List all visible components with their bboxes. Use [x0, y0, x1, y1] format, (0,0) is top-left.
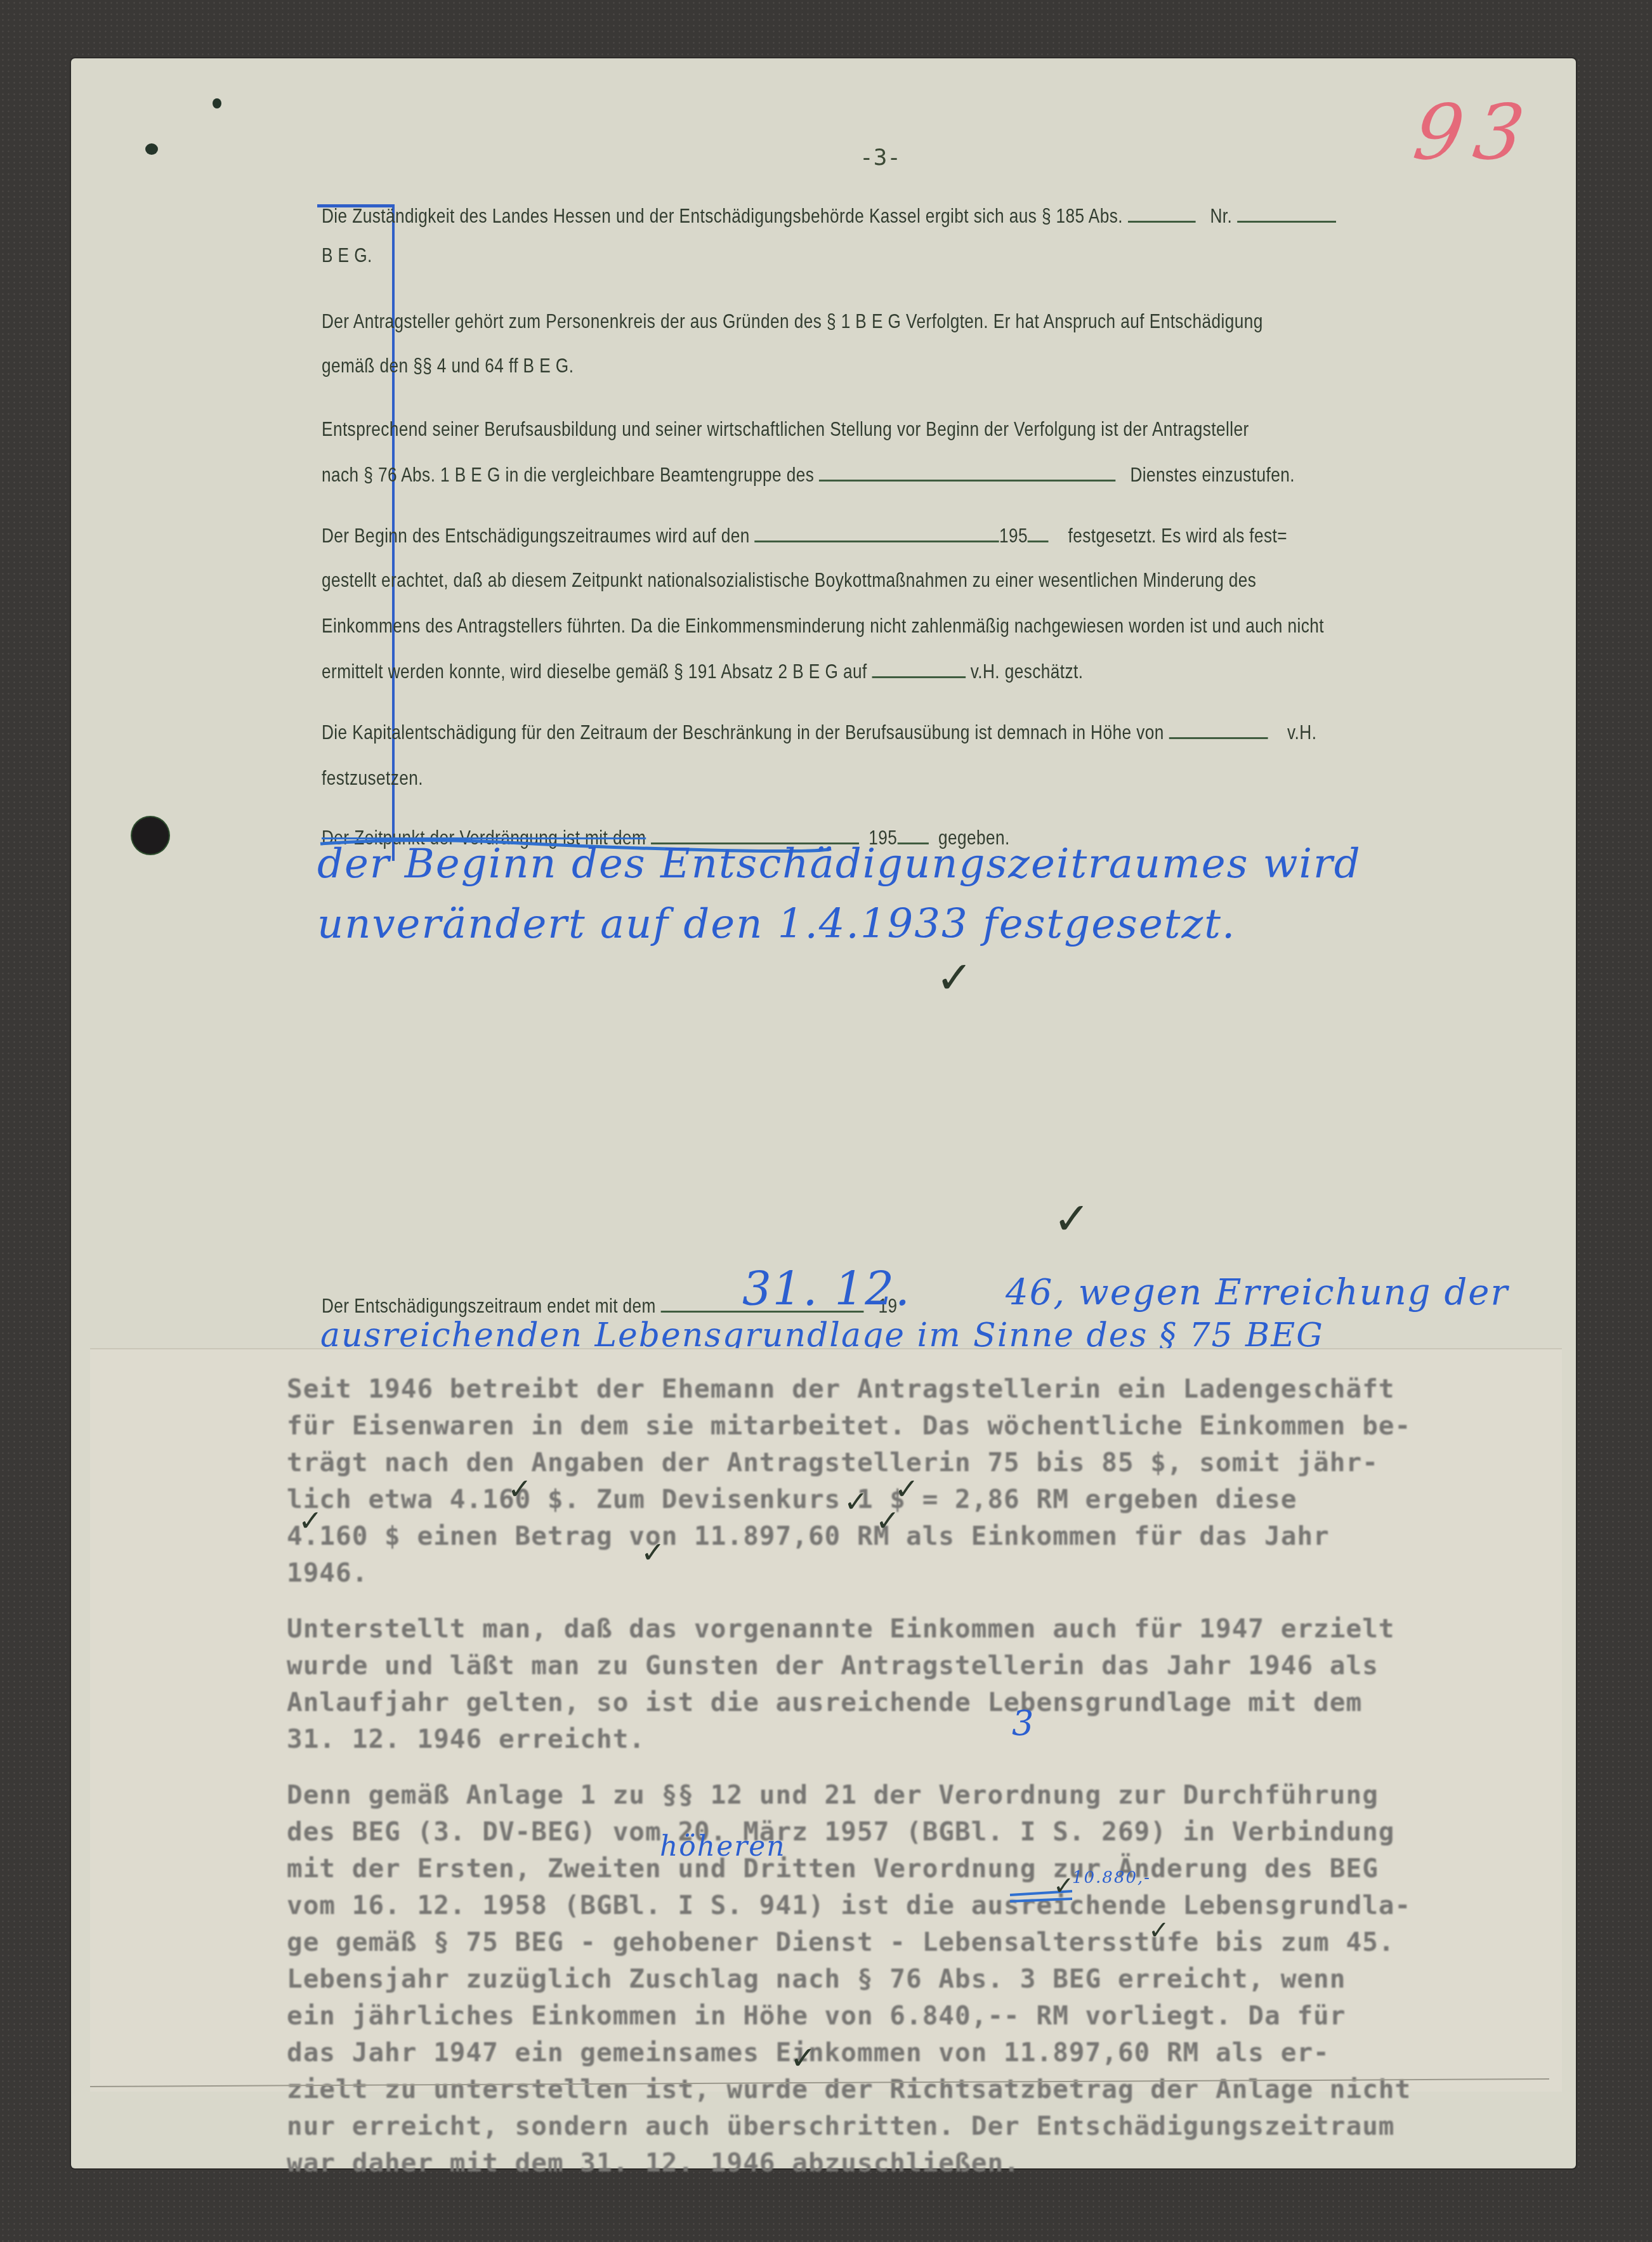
- check-mark-icon: ✓: [895, 1472, 919, 1506]
- check-mark-icon: ✓: [298, 1504, 323, 1538]
- form-line: ermittelt werden konnte, wird dieselbe g…: [322, 660, 1083, 683]
- slip-paragraph: Denn gemäß Anlage 1 zu §§ 12 und 21 der …: [287, 1776, 1530, 2181]
- blank-field: [1237, 214, 1336, 223]
- form-line: Die Kapitalentschädigung für den Zeitrau…: [322, 721, 1316, 744]
- check-mark-icon: ✓: [1148, 1916, 1170, 1945]
- form-line: Der Antragsteller gehört zum Personenkre…: [322, 310, 1263, 333]
- check-mark-icon: ✓: [875, 1504, 900, 1538]
- form-line: B E G.: [322, 244, 372, 267]
- form-line: Die Zuständigkeit des Landes Hessen und …: [322, 204, 1336, 228]
- check-mark-icon: ✓: [844, 1485, 869, 1519]
- form-line: festzusetzen.: [322, 766, 423, 790]
- form-line: Der Beginn des Entschädigungszeitraumes …: [322, 524, 1287, 547]
- form-line: gestellt erachtet, daß ab diesem Zeitpun…: [322, 568, 1256, 592]
- handwritten-end-date: 31. 12.: [742, 1262, 911, 1316]
- handwritten-note-line: der Beginn des Entschädigungszeitraumes …: [317, 841, 1361, 888]
- blank-field: [754, 534, 999, 542]
- staple-mark: [145, 143, 158, 155]
- folio-number: 93: [1408, 89, 1540, 177]
- page-number: -3-: [860, 145, 901, 171]
- check-mark-icon: ✓: [641, 1535, 665, 1570]
- blank-field: [1028, 534, 1049, 542]
- form-line: gemäß den §§ 4 und 64 ff B E G.: [322, 354, 574, 377]
- form-line: nach § 76 Abs. 1 B E G in die vergleichb…: [322, 463, 1295, 487]
- check-mark-icon: ✓: [936, 952, 973, 1004]
- check-mark-icon: ✓: [508, 1472, 532, 1506]
- check-mark-icon: ✓: [1053, 1193, 1091, 1245]
- handwritten-correction: höheren: [660, 1830, 786, 1863]
- form-line: Einkommens des Antragstellers führten. D…: [322, 614, 1324, 638]
- handwritten-note-line: unverändert auf den 1.4.1933 festgesetzt…: [317, 901, 1236, 948]
- punch-hole: [132, 817, 169, 854]
- check-mark-icon: ✓: [1053, 1872, 1075, 1901]
- handwritten-amount-correction: 10.880,-: [1072, 1868, 1151, 1887]
- blank-field: [819, 473, 1115, 482]
- slip-paragraph: Unterstellt man, daß das vorgenannte Ein…: [287, 1610, 1530, 1757]
- blank-field: [1169, 731, 1268, 739]
- check-mark-icon: ✓: [790, 2040, 816, 2076]
- form-line: Entsprechend seiner Berufsausbildung und…: [322, 417, 1249, 441]
- blank-field: [872, 670, 966, 678]
- staple-mark: [213, 98, 221, 108]
- handwritten-end-reason: 46, wegen Erreichung der: [1006, 1272, 1509, 1313]
- blank-field: [1128, 214, 1196, 223]
- handwritten-number: 3: [1012, 1703, 1035, 1743]
